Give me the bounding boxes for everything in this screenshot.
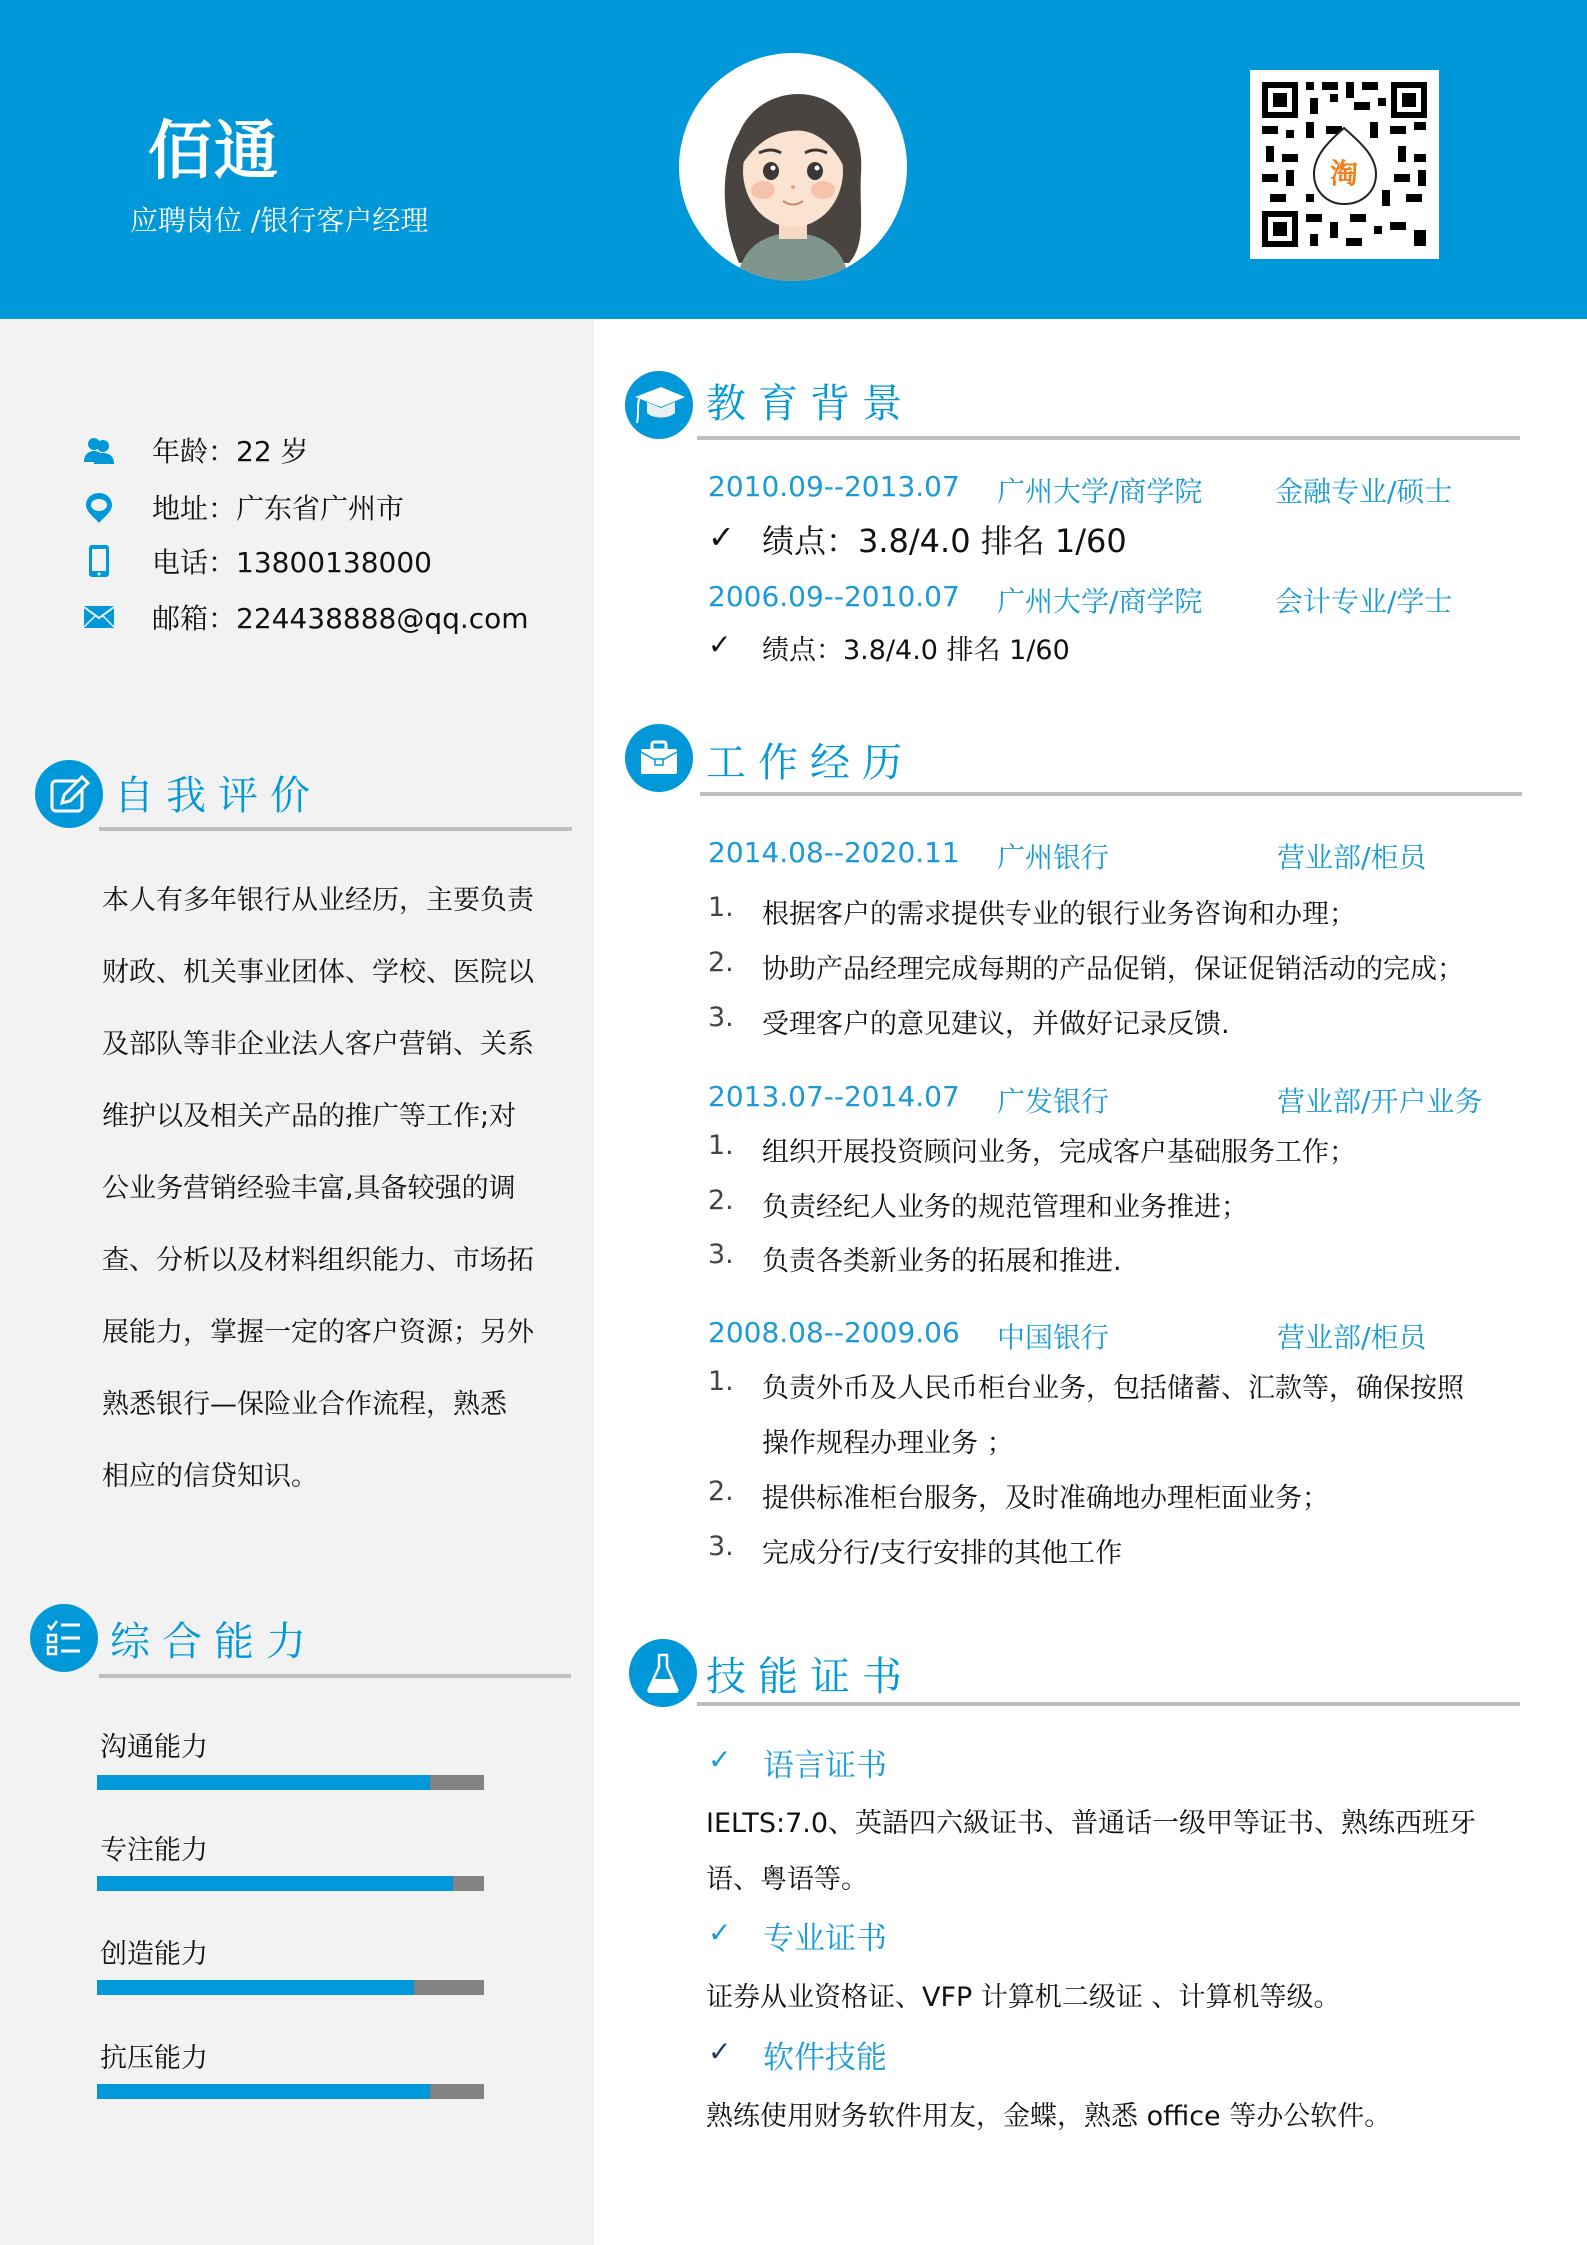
ability-label: 抗压能力 <box>100 2036 208 2075</box>
list-number: 1. <box>708 1366 734 1397</box>
section-divider <box>99 1674 571 1678</box>
qr-code: 淘 <box>1250 70 1439 259</box>
mail-icon <box>82 600 116 634</box>
work-duty: 负责外币及人民币柜台业务，包括储蓄、汇款等，确保按照 <box>762 1366 1464 1405</box>
self-eval-line: 维护以及相关产品的推广等工作;对 <box>102 1094 516 1133</box>
users-icon <box>82 433 116 467</box>
work-duty: 组织开展投资顾问业务，完成客户基础服务工作； <box>762 1130 1356 1169</box>
ability-bar-fill <box>97 1980 414 1995</box>
edu-period: 2006.09--2010.07 <box>708 580 960 613</box>
list-number: 3. <box>708 1002 734 1033</box>
self-eval-line: 财政、机关事业团体、学校、医院以 <box>102 950 534 989</box>
check-icon: ✓ <box>708 2035 731 2068</box>
work-duty: 完成分行/支行安排的其他工作 <box>762 1531 1122 1570</box>
section-title-education: 教育背景 <box>706 372 914 429</box>
section-divider <box>697 436 1520 440</box>
edu-detail: 绩点：3.8/4.0 排名 1/60 <box>762 628 1070 667</box>
edu-school: 广州大学/商学院 <box>997 580 1202 620</box>
ability-bar-fill <box>97 2084 430 2099</box>
work-duty-continued: 操作规程办理业务 ； <box>762 1421 1014 1460</box>
work-period: 2008.08--2009.06 <box>708 1316 960 1349</box>
list-number: 3. <box>708 1239 734 1270</box>
ability-label: 专注能力 <box>100 1828 208 1867</box>
edu-school: 广州大学/商学院 <box>997 470 1202 510</box>
cert-group-title: 专业证书 <box>763 1913 887 1958</box>
contact-address-text: 地址：广东省广州市 <box>152 487 404 527</box>
position-applied: 应聘岗位 /银行客户经理 <box>130 199 428 239</box>
checklist-icon <box>30 1604 98 1672</box>
self-eval-line: 公业务营销经验丰富,具备较强的调 <box>102 1166 516 1205</box>
section-divider <box>99 827 572 831</box>
contact-address: 地址：广东省广州市 <box>82 489 116 525</box>
svg-text:淘: 淘 <box>1330 157 1358 190</box>
edu-detail: 绩点：3.8/4.0 排名 1/60 <box>762 516 1127 562</box>
graduation-cap-icon <box>625 371 693 439</box>
self-eval-line: 熟悉银行—保险业合作流程，熟悉 <box>102 1382 507 1421</box>
cert-group-title: 语言证书 <box>763 1740 887 1785</box>
section-title-abilities: 综合能力 <box>110 1610 318 1667</box>
check-icon: ✓ <box>708 518 735 556</box>
self-eval-line: 展能力，掌握一定的客户资源；另外 <box>102 1310 534 1349</box>
edu-major: 会计专业/学士 <box>1275 580 1452 620</box>
cert-group-title: 软件技能 <box>763 2032 887 2077</box>
candidate-name: 佰通 <box>148 100 280 192</box>
contact-age: 年龄：22 岁 <box>82 432 116 468</box>
header-banner: 佰通 应聘岗位 /银行客户经理 <box>0 0 1587 319</box>
ability-bar-fill <box>97 1775 430 1790</box>
contact-email: 邮箱：224438888@qq.com <box>82 599 116 635</box>
list-number: 2. <box>708 947 734 978</box>
work-role: 营业部/开户业务 <box>1277 1080 1482 1120</box>
check-icon: ✓ <box>708 628 731 661</box>
avatar <box>679 53 907 281</box>
work-duty: 根据客户的需求提供专业的银行业务咨询和办理； <box>762 892 1356 931</box>
ability-bar <box>97 2084 484 2099</box>
edu-period: 2010.09--2013.07 <box>708 470 960 503</box>
work-duty: 负责经纪人业务的规范管理和业务推进； <box>762 1185 1248 1224</box>
briefcase-icon <box>625 724 693 792</box>
contact-email-text: 邮箱：224438888@qq.com <box>152 597 529 637</box>
contact-phone-text: 电话：13800138000 <box>152 541 432 581</box>
section-title-certs: 技能证书 <box>706 1645 914 1702</box>
ability-bar <box>97 1980 484 1995</box>
list-number: 1. <box>708 1130 734 1161</box>
check-icon: ✓ <box>708 1916 731 1949</box>
work-company: 广发银行 <box>997 1080 1109 1120</box>
work-role: 营业部/柜员 <box>1277 836 1426 876</box>
self-eval-line: 及部队等非企业法人客户营销、关系 <box>102 1022 534 1061</box>
cert-text: 证券从业资格证、VFP 计算机二级证 、计算机等级。 <box>706 1975 1340 2014</box>
work-period: 2014.08--2020.11 <box>708 836 960 869</box>
flask-icon <box>629 1639 697 1707</box>
ability-label: 沟通能力 <box>100 1725 208 1764</box>
ability-bar-fill <box>97 1876 453 1891</box>
section-title-self-eval: 自我评价 <box>114 764 322 821</box>
work-role: 营业部/柜员 <box>1277 1316 1426 1356</box>
contact-age-text: 年龄：22 岁 <box>152 430 309 470</box>
self-eval-line: 查、分析以及材料组织能力、市场拓 <box>102 1238 534 1277</box>
section-title-work: 工作经历 <box>706 731 914 788</box>
cert-text: 熟练使用财务软件用友，金蝶，熟悉 office 等办公软件。 <box>706 2094 1391 2133</box>
ability-bar <box>97 1876 484 1891</box>
edit-icon <box>35 760 103 828</box>
edu-major: 金融专业/硕士 <box>1275 470 1452 510</box>
work-duty: 负责各类新业务的拓展和推进. <box>762 1239 1122 1278</box>
phone-icon <box>82 544 116 578</box>
ability-label: 创造能力 <box>100 1932 208 1971</box>
list-number: 2. <box>708 1476 734 1507</box>
list-number: 1. <box>708 892 734 923</box>
location-pin-icon <box>82 490 116 524</box>
section-divider <box>700 792 1522 796</box>
cert-text: IELTS:7.0、英語四六級证书、普通话一级甲等证书、熟练西班牙 <box>706 1801 1476 1840</box>
check-icon: ✓ <box>708 1743 731 1776</box>
list-number: 3. <box>708 1531 734 1562</box>
work-period: 2013.07--2014.07 <box>708 1080 960 1113</box>
work-duty: 受理客户的意见建议，并做好记录反馈. <box>762 1002 1230 1041</box>
cert-text: 语、粤语等。 <box>706 1857 868 1896</box>
work-duty: 提供标准柜台服务，及时准确地办理柜面业务； <box>762 1476 1329 1515</box>
work-duty: 协助产品经理完成每期的产品促销，保证促销活动的完成； <box>762 947 1464 986</box>
self-eval-line: 本人有多年银行从业经历，主要负责 <box>102 878 534 917</box>
work-company: 中国银行 <box>997 1316 1109 1356</box>
work-company: 广州银行 <box>997 836 1109 876</box>
list-number: 2. <box>708 1185 734 1216</box>
self-eval-line: 相应的信贷知识。 <box>102 1454 318 1493</box>
contact-phone: 电话：13800138000 <box>82 543 116 579</box>
section-divider <box>697 1702 1520 1706</box>
ability-bar <box>97 1775 484 1790</box>
